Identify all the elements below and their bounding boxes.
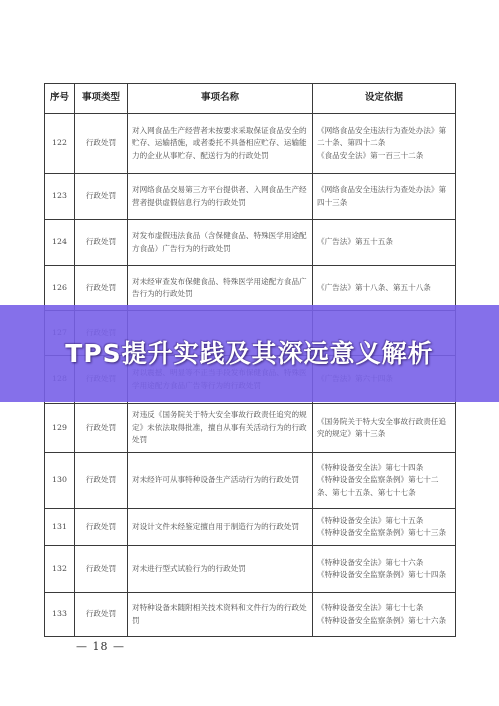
row-number: 129 — [45, 404, 75, 453]
basis-line: 《特种设备安全监察条例》第七十三条 — [317, 527, 452, 540]
basis-line: 《特种设备安全法》第七十五条 — [317, 515, 452, 528]
row-number: 122 — [45, 114, 75, 174]
header-item-type: 事项类型 — [75, 84, 128, 114]
row-basis: 《特种设备安全法》第七十七条 《特种设备安全监察条例》第七十六条 — [313, 593, 456, 637]
basis-line: 《网络食品安全违法行为查处办法》第二十条、第四十二条 — [317, 125, 452, 150]
row-basis: 《特种设备安全法》第七十五条 《特种设备安全监察条例》第七十三条 — [313, 509, 456, 546]
row-number: 130 — [45, 453, 75, 509]
row-type: 行政处罚 — [75, 220, 128, 266]
row-number: 123 — [45, 174, 75, 220]
row-number: 133 — [45, 593, 75, 637]
table-row: 131 行政处罚 对设计文件未经鉴定擅自用于制造行为的行政处罚 《特种设备安全法… — [45, 509, 456, 546]
page-number: — 18 — — [76, 640, 125, 653]
banner-title: TPS提升实践及其深远意义解析 — [30, 338, 470, 370]
title-banner: TPS提升实践及其深远意义解析 — [0, 305, 499, 402]
row-name: 对未经审查发布保健食品、特殊医学用途配方食品广告行为的行政处罚 — [128, 266, 313, 311]
basis-line: 《特种设备安全监察条例》第七十六条 — [317, 615, 452, 628]
row-name: 对未经许可从事特种设备生产活动行为的行政处罚 — [128, 453, 313, 509]
row-type: 行政处罚 — [75, 453, 128, 509]
header-serial-number: 序号 — [45, 84, 75, 114]
row-number: 124 — [45, 220, 75, 266]
row-basis: 《广告法》第五十五条 — [313, 220, 456, 266]
row-name: 对违反《国务院关于特大安全事故行政责任追究的规定》未依法取得批准，擅自从事有关活… — [128, 404, 313, 453]
basis-line: 《特种设备安全监察条例》第七十四条 — [317, 569, 452, 582]
header-legal-basis: 设定依据 — [313, 84, 456, 114]
row-basis: 《网络食品安全违法行为查处办法》第二十条、第四十二条 《食品安全法》第一百三十二… — [313, 114, 456, 174]
row-type: 行政处罚 — [75, 266, 128, 311]
basis-line: 《特种设备安全法》第七十七条 — [317, 602, 452, 615]
row-name: 对网络食品交易第三方平台提供者、入网食品生产经营者提供虚假信息行为的行政处罚 — [128, 174, 313, 220]
row-type: 行政处罚 — [75, 114, 128, 174]
row-type: 行政处罚 — [75, 593, 128, 637]
row-type: 行政处罚 — [75, 509, 128, 546]
row-basis: 《特种设备安全法》第七十六条 《特种设备安全监察条例》第七十四条 — [313, 546, 456, 593]
table-row: 132 行政处罚 对未进行型式试验行为的行政处罚 《特种设备安全法》第七十六条 … — [45, 546, 456, 593]
row-basis: 《网络食品安全违法行为查处办法》第四十三条 — [313, 174, 456, 220]
basis-line: 《广告法》第十八条、第五十八条 — [317, 282, 452, 295]
basis-line: 《特种设备安全法》第七十四条 — [317, 462, 452, 475]
row-number: 132 — [45, 546, 75, 593]
row-type: 行政处罚 — [75, 404, 128, 453]
header-item-name: 事项名称 — [128, 84, 313, 114]
table-header-row: 序号 事项类型 事项名称 设定依据 — [45, 84, 456, 114]
row-name: 对发布虚假违法食品（含保健食品、特殊医学用途配方食品）广告行为的行政处罚 — [128, 220, 313, 266]
table-row: 130 行政处罚 对未经许可从事特种设备生产活动行为的行政处罚 《特种设备安全法… — [45, 453, 456, 509]
table-row: 122 行政处罚 对入网食品生产经营者未按要求采取保证食品安全的贮存、运输措施，… — [45, 114, 456, 174]
row-basis: 《国务院关于特大安全事故行政责任追究的规定》第十三条 — [313, 404, 456, 453]
row-basis: 《特种设备安全法》第七十四条 《特种设备安全监察条例》第七十二条、第七十五条、第… — [313, 453, 456, 509]
table-row: 133 行政处罚 对特种设备未随附相关技术资料和文件行为的行政处罚 《特种设备安… — [45, 593, 456, 637]
row-name: 对未进行型式试验行为的行政处罚 — [128, 546, 313, 593]
basis-line: 《特种设备安全法》第七十六条 — [317, 557, 452, 570]
basis-line: 《特种设备安全监察条例》第七十二条、第七十五条、第七十七条 — [317, 474, 452, 499]
row-basis: 《广告法》第十八条、第五十八条 — [313, 266, 456, 311]
row-number: 126 — [45, 266, 75, 311]
basis-line: 《国务院关于特大安全事故行政责任追究的规定》第十三条 — [317, 416, 452, 441]
row-number: 131 — [45, 509, 75, 546]
basis-line: 《广告法》第五十五条 — [317, 236, 452, 249]
row-name: 对特种设备未随附相关技术资料和文件行为的行政处罚 — [128, 593, 313, 637]
row-type: 行政处罚 — [75, 174, 128, 220]
row-name: 对入网食品生产经营者未按要求采取保证食品安全的贮存、运输措施，或者委托不具备相应… — [128, 114, 313, 174]
table-row: 129 行政处罚 对违反《国务院关于特大安全事故行政责任追究的规定》未依法取得批… — [45, 404, 456, 453]
table-row: 126 行政处罚 对未经审查发布保健食品、特殊医学用途配方食品广告行为的行政处罚… — [45, 266, 456, 311]
table-row: 124 行政处罚 对发布虚假违法食品（含保健食品、特殊医学用途配方食品）广告行为… — [45, 220, 456, 266]
basis-line: 《食品安全法》第一百三十二条 — [317, 150, 452, 163]
basis-line: 《网络食品安全违法行为查处办法》第四十三条 — [317, 184, 452, 209]
row-type: 行政处罚 — [75, 546, 128, 593]
table-row: 123 行政处罚 对网络食品交易第三方平台提供者、入网食品生产经营者提供虚假信息… — [45, 174, 456, 220]
row-name: 对设计文件未经鉴定擅自用于制造行为的行政处罚 — [128, 509, 313, 546]
